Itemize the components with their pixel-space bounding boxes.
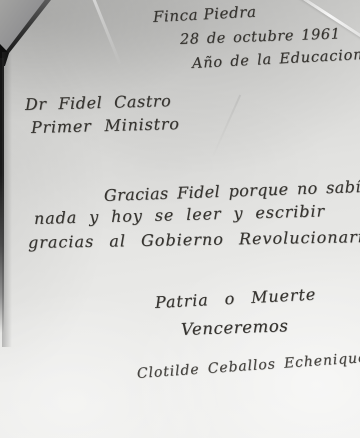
crease-middle — [211, 95, 241, 160]
body-line-1: Gracias Fidel porque no sabía — [104, 179, 360, 204]
recipient-name: Dr Fidel Castro — [25, 93, 172, 113]
closing-slogan-line-2: Venceremos — [181, 318, 289, 338]
letter-date: 28 de octubre 1961 — [180, 27, 341, 47]
handwritten-letter-photo: Finca Piedra 28 de octubre 1961 Año de l… — [0, 0, 360, 438]
body-line-3: gracias al Gobierno Revolucionario — [28, 229, 360, 251]
crease-top-center — [89, 0, 122, 66]
signature: Clotilde Ceballos Echenique — [137, 351, 360, 381]
recipient-title: Primer Ministro — [31, 116, 180, 136]
letter-year-motto: Año de la Educacion — [192, 48, 360, 71]
body-line-2: nada y hoy se leer y escribir — [34, 203, 325, 227]
letter-place: Finca Piedra — [153, 5, 257, 25]
closing-slogan-line-1: Patria o Muerte — [155, 287, 317, 311]
paper-left-edge-soft-shadow — [2, 52, 12, 347]
